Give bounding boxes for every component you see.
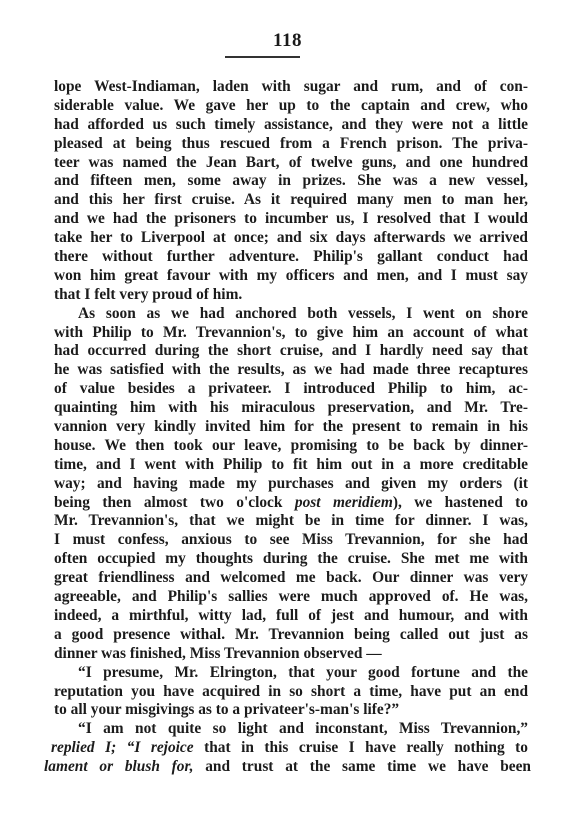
- text-line: house. We then took our leave, promising…: [54, 437, 528, 456]
- text-line: indeed, a mirthful, witty lad, full of j…: [54, 607, 528, 626]
- line-text: being then almost two o'clock: [54, 494, 295, 511]
- text-line: Mr. Trevannion's, that we might be in ti…: [54, 512, 528, 531]
- text-line: won him great favour with my officers an…: [54, 267, 528, 286]
- text-line: quainting him with his miraculous preser…: [54, 399, 528, 418]
- line-text: a good presence withal. Mr. Trevannion b…: [54, 626, 528, 643]
- line-text: quainting him with his miraculous preser…: [54, 399, 528, 416]
- text-line: replied I; “I rejoice that in this cruis…: [51, 739, 528, 758]
- text-line: pleased at being thus rescued from a Fre…: [54, 135, 528, 154]
- text-line: and fifteen men, some away in prizes. Sh…: [54, 172, 528, 191]
- line-text: time, and I went with Philip to fit him …: [54, 456, 528, 473]
- line-text: As soon as we had anchored both vessels,…: [78, 305, 528, 322]
- line-text: “I am not quite so light and inconstant,…: [78, 720, 528, 737]
- text-line: “I presume, Mr. Elrington, that your goo…: [54, 664, 528, 683]
- line-text: he was satisfied with the results, as we…: [54, 361, 528, 378]
- line-text: lope West-Indiaman, laden with sugar and…: [54, 78, 528, 95]
- text-line: and this her first cruise. As it require…: [54, 191, 528, 210]
- text-line: being then almost two o'clock post merid…: [54, 494, 528, 513]
- line-text: vannion very kindly invited him for the …: [54, 418, 528, 435]
- text-line: siderable value. We gave her up to the c…: [54, 97, 528, 116]
- text-line: often occupied my thoughts during the cr…: [54, 550, 528, 569]
- text-line: a good presence withal. Mr. Trevannion b…: [54, 626, 528, 645]
- line-text: Mr. Trevannion's, that we might be in ti…: [54, 512, 528, 529]
- text-line: reputation you have acquired in so short…: [54, 683, 528, 702]
- line-text: indeed, a mirthful, witty lad, full of j…: [54, 607, 528, 624]
- line-text: great friendliness and welcomed me back.…: [54, 569, 528, 586]
- text-line: he was satisfied with the results, as we…: [54, 361, 528, 380]
- text-line: way; and having made my purchases and gi…: [54, 475, 528, 494]
- text-line: As soon as we had anchored both vessels,…: [54, 305, 528, 324]
- line-text: reputation you have acquired in so short…: [54, 683, 528, 700]
- line-text: siderable value. We gave her up to the c…: [54, 97, 528, 114]
- line-text: often occupied my thoughts during the cr…: [54, 550, 528, 567]
- text-line: with Philip to Mr. Trevannion's, to give…: [54, 324, 528, 343]
- line-text: house. We then took our leave, promising…: [54, 437, 528, 454]
- line-text: won him great favour with my officers an…: [54, 267, 528, 284]
- text-line: and we had the prisoners to incumber us,…: [54, 210, 528, 229]
- text-line: agreeable, and Philip's sallies were muc…: [54, 588, 528, 607]
- text-line: there without further adventure. Philip'…: [54, 248, 528, 267]
- text-line: that I felt very proud of him.: [54, 286, 528, 305]
- line-text: there without further adventure. Philip'…: [54, 248, 528, 265]
- line-text: with Philip to Mr. Trevannion's, to give…: [54, 324, 528, 341]
- line-text: take her to Liverpool at once; and six d…: [54, 229, 528, 246]
- line-text: that in this cruise I have really nothin…: [194, 739, 528, 756]
- line-text: way; and having made my purchases and gi…: [54, 475, 528, 492]
- text-line: lament or blush for, and trust at the sa…: [44, 758, 531, 777]
- text-line: of value besides a privateer. I introduc…: [54, 380, 528, 399]
- line-text: and trust at the same time we have been: [193, 758, 531, 775]
- line-text: to all your misgivings as to a privateer…: [54, 701, 399, 718]
- text-line: had occurred during the short cruise, an…: [54, 342, 528, 361]
- line-text: had afforded us such timely assistance, …: [54, 116, 528, 133]
- line-text: and this her first cruise. As it require…: [54, 191, 528, 208]
- header-rule: [225, 56, 300, 58]
- line-text: I must confess, anxious to see Miss Trev…: [54, 531, 528, 548]
- text-line: great friendliness and welcomed me back.…: [54, 569, 528, 588]
- line-text: and we had the prisoners to incumber us,…: [54, 210, 528, 227]
- line-text: that I felt very proud of him.: [54, 286, 242, 303]
- line-text: of value besides a privateer. I introduc…: [54, 380, 528, 397]
- page-body-text: lope West-Indiaman, laden with sugar and…: [54, 78, 528, 777]
- line-text: agreeable, and Philip's sallies were muc…: [54, 588, 528, 605]
- text-line: had afforded us such timely assistance, …: [54, 116, 528, 135]
- line-text: ), we hastened to: [393, 494, 528, 511]
- text-line: teer was named the Jean Bart, of twelve …: [54, 154, 528, 173]
- text-line: dinner was finished, Miss Trevannion obs…: [54, 645, 528, 664]
- page-number: 118: [0, 30, 575, 52]
- line-text: teer was named the Jean Bart, of twelve …: [54, 154, 528, 171]
- line-text: “I presume, Mr. Elrington, that your goo…: [78, 664, 528, 681]
- italic-text: post meridiem: [295, 494, 393, 511]
- text-line: to all your misgivings as to a privateer…: [54, 701, 528, 720]
- text-line: lope West-Indiaman, laden with sugar and…: [54, 78, 528, 97]
- line-text: and fifteen men, some away in prizes. Sh…: [54, 172, 528, 189]
- italic-text: replied I; “I rejoice: [51, 739, 194, 756]
- text-line: I must confess, anxious to see Miss Trev…: [54, 531, 528, 550]
- line-text: had occurred during the short cruise, an…: [54, 342, 528, 359]
- text-line: vannion very kindly invited him for the …: [54, 418, 528, 437]
- italic-text: lament or blush for,: [44, 758, 193, 775]
- text-line: “I am not quite so light and inconstant,…: [54, 720, 528, 739]
- text-line: take her to Liverpool at once; and six d…: [54, 229, 528, 248]
- line-text: dinner was finished, Miss Trevannion obs…: [54, 645, 382, 662]
- text-line: time, and I went with Philip to fit him …: [54, 456, 528, 475]
- line-text: pleased at being thus rescued from a Fre…: [54, 135, 528, 152]
